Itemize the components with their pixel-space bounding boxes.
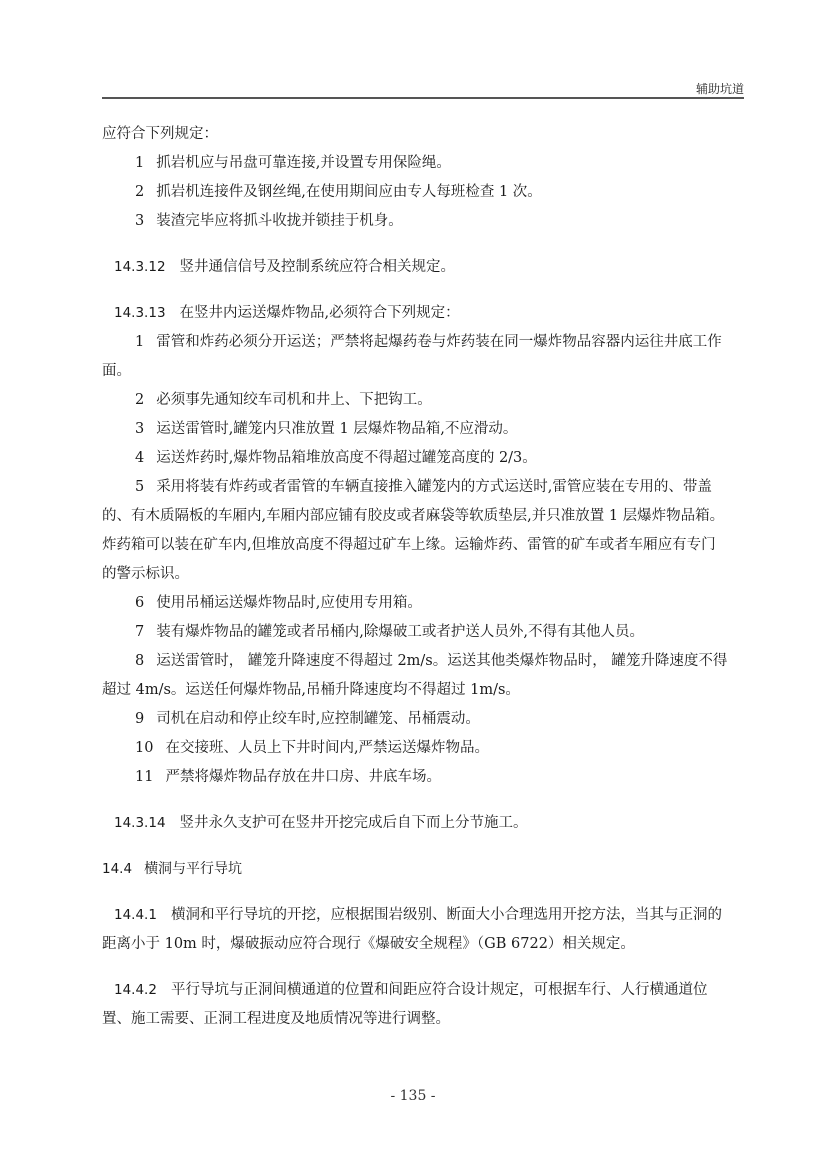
item-number: 1 (135, 149, 144, 178)
item-number: 1 (135, 328, 144, 357)
item-text: 采用将装有炸药或者雷管的车辆直接推入罐笼内的方式运送时,雷管应装在专用的、带盖的… (102, 479, 724, 582)
item-text: 必须事先通知绞车司机和井上、下把钩工。 (156, 392, 432, 408)
item-text: 装有爆炸物品的罐笼或者吊桶内,除爆破工或者护送人员外,不得有其他人员。 (156, 624, 644, 640)
item-number: 7 (135, 618, 144, 647)
item-text: 抓岩机应与吊盘可靠连接,并设置专用保险绳。 (156, 155, 451, 171)
item-number: 2 (135, 178, 144, 207)
item-number: 8 (135, 647, 144, 676)
item-text: 司机在启动和停止绞车时,应控制罐笼、吊桶震动。 (156, 711, 480, 727)
page-body: 应符合下列规定： 1抓岩机应与吊盘可靠连接,并设置专用保险绳。 2抓岩机连接件及… (102, 120, 730, 1034)
list-item: 10在交接班、人员上下井时间内,严禁运送爆炸物品。 (102, 734, 730, 763)
item-text: 抓岩机连接件及钢丝绳,在使用期间应由专人每班检查 1 次。 (156, 184, 542, 200)
clause-text: 平行导坑与正洞间横通道的位置和间距应符合设计规定，可根据车行、人行横通道位置、施… (102, 982, 707, 1027)
clause-14-4-2: 14.4.2平行导坑与正洞间横通道的位置和间距应符合设计规定，可根据车行、人行横… (102, 976, 730, 1034)
item-number: 11 (135, 763, 153, 792)
list-item: 11严禁将爆炸物品存放在井口房、井底车场。 (102, 763, 730, 792)
list-item: 6使用吊桶运送爆炸物品时,应使用专用箱。 (102, 589, 730, 618)
item-text: 运送炸药时,爆炸物品箱堆放高度不得超过罐笼高度的 2/3。 (156, 450, 537, 466)
section-title: 横洞与平行导坑 (144, 861, 242, 877)
clause-number: 14.3.12 (114, 259, 166, 275)
list-item: 1抓岩机应与吊盘可靠连接,并设置专用保险绳。 (102, 149, 730, 178)
list-item: 2必须事先通知绞车司机和井上、下把钩工。 (102, 386, 730, 415)
item-text: 运送雷管时,罐笼内只准放置 1 层爆炸物品箱,不应滑动。 (156, 421, 517, 437)
clause-number: 14.4.2 (114, 982, 157, 998)
list-item: 4运送炸药时,爆炸物品箱堆放高度不得超过罐笼高度的 2/3。 (102, 444, 730, 473)
item-number: 4 (135, 444, 144, 473)
item-number: 3 (135, 207, 144, 236)
list-item: 8运送雷管时， 罐笼升降速度不得超过 2m/s。运送其他类爆炸物品时， 罐笼升降… (102, 647, 730, 705)
list-item: 5采用将装有炸药或者雷管的车辆直接推入罐笼内的方式运送时,雷管应装在专用的、带盖… (102, 473, 730, 589)
item-text: 运送雷管时， 罐笼升降速度不得超过 2m/s。运送其他类爆炸物品时， 罐笼升降速… (102, 653, 727, 698)
clause-text: 横洞和平行导坑的开挖，应根据围岩级别、断面大小合理选用开挖方法，当其与正洞的距离… (102, 907, 722, 952)
list-item: 1雷管和炸药必须分开运送；严禁将起爆药卷与炸药装在同一爆炸物品容器内运往井底工作… (102, 328, 730, 386)
page-number: - 135 - (0, 1088, 826, 1104)
clause-text: 在竖井内运送爆炸物品,必须符合下列规定： (180, 305, 460, 321)
list-item: 3装渣完毕应将抓斗收拢并锁挂于机身。 (102, 207, 730, 236)
clause-text: 竖井永久支护可在竖井开挖完成后自下而上分节施工。 (180, 815, 528, 831)
section-number: 14.4 (102, 861, 132, 877)
item-number: 6 (135, 589, 144, 618)
item-text: 装渣完毕应将抓斗收拢并锁挂于机身。 (156, 213, 403, 229)
clause-14-3-14: 14.3.14竖井永久支护可在竖井开挖完成后自下而上分节施工。 (102, 809, 730, 838)
running-header-title: 辅助坑道 (696, 80, 744, 97)
item-text: 雷管和炸药必须分开运送；严禁将起爆药卷与炸药装在同一爆炸物品容器内运往井底工作面… (102, 334, 722, 379)
clause-number: 14.3.14 (114, 815, 166, 831)
item-number: 9 (135, 705, 144, 734)
list-item: 9司机在启动和停止绞车时,应控制罐笼、吊桶震动。 (102, 705, 730, 734)
item-text: 使用吊桶运送爆炸物品时,应使用专用箱。 (156, 595, 422, 611)
list-item: 7装有爆炸物品的罐笼或者吊桶内,除爆破工或者护送人员外,不得有其他人员。 (102, 618, 730, 647)
item-text: 在交接班、人员上下井时间内,严禁运送爆炸物品。 (165, 740, 489, 756)
list-item: 2抓岩机连接件及钢丝绳,在使用期间应由专人每班检查 1 次。 (102, 178, 730, 207)
item-text: 严禁将爆炸物品存放在井口房、井底车场。 (165, 769, 441, 785)
clause-14-3-12: 14.3.12竖井通信信号及控制系统应符合相关规定。 (102, 253, 730, 282)
clause-number: 14.3.13 (114, 305, 166, 321)
item-number: 2 (135, 386, 144, 415)
header-rule (102, 97, 744, 99)
item-number: 10 (135, 734, 153, 763)
intro-text: 应符合下列规定： (102, 120, 730, 149)
clause-number: 14.4.1 (114, 907, 157, 923)
clause-14-4-1: 14.4.1横洞和平行导坑的开挖，应根据围岩级别、断面大小合理选用开挖方法，当其… (102, 901, 730, 959)
item-number: 5 (135, 473, 144, 502)
section-heading-14-4: 14.4横洞与平行导坑 (102, 855, 730, 884)
list-item: 3运送雷管时,罐笼内只准放置 1 层爆炸物品箱,不应滑动。 (102, 415, 730, 444)
clause-text: 竖井通信信号及控制系统应符合相关规定。 (180, 259, 456, 275)
clause-14-3-13: 14.3.13在竖井内运送爆炸物品,必须符合下列规定： (102, 299, 730, 328)
item-number: 3 (135, 415, 144, 444)
